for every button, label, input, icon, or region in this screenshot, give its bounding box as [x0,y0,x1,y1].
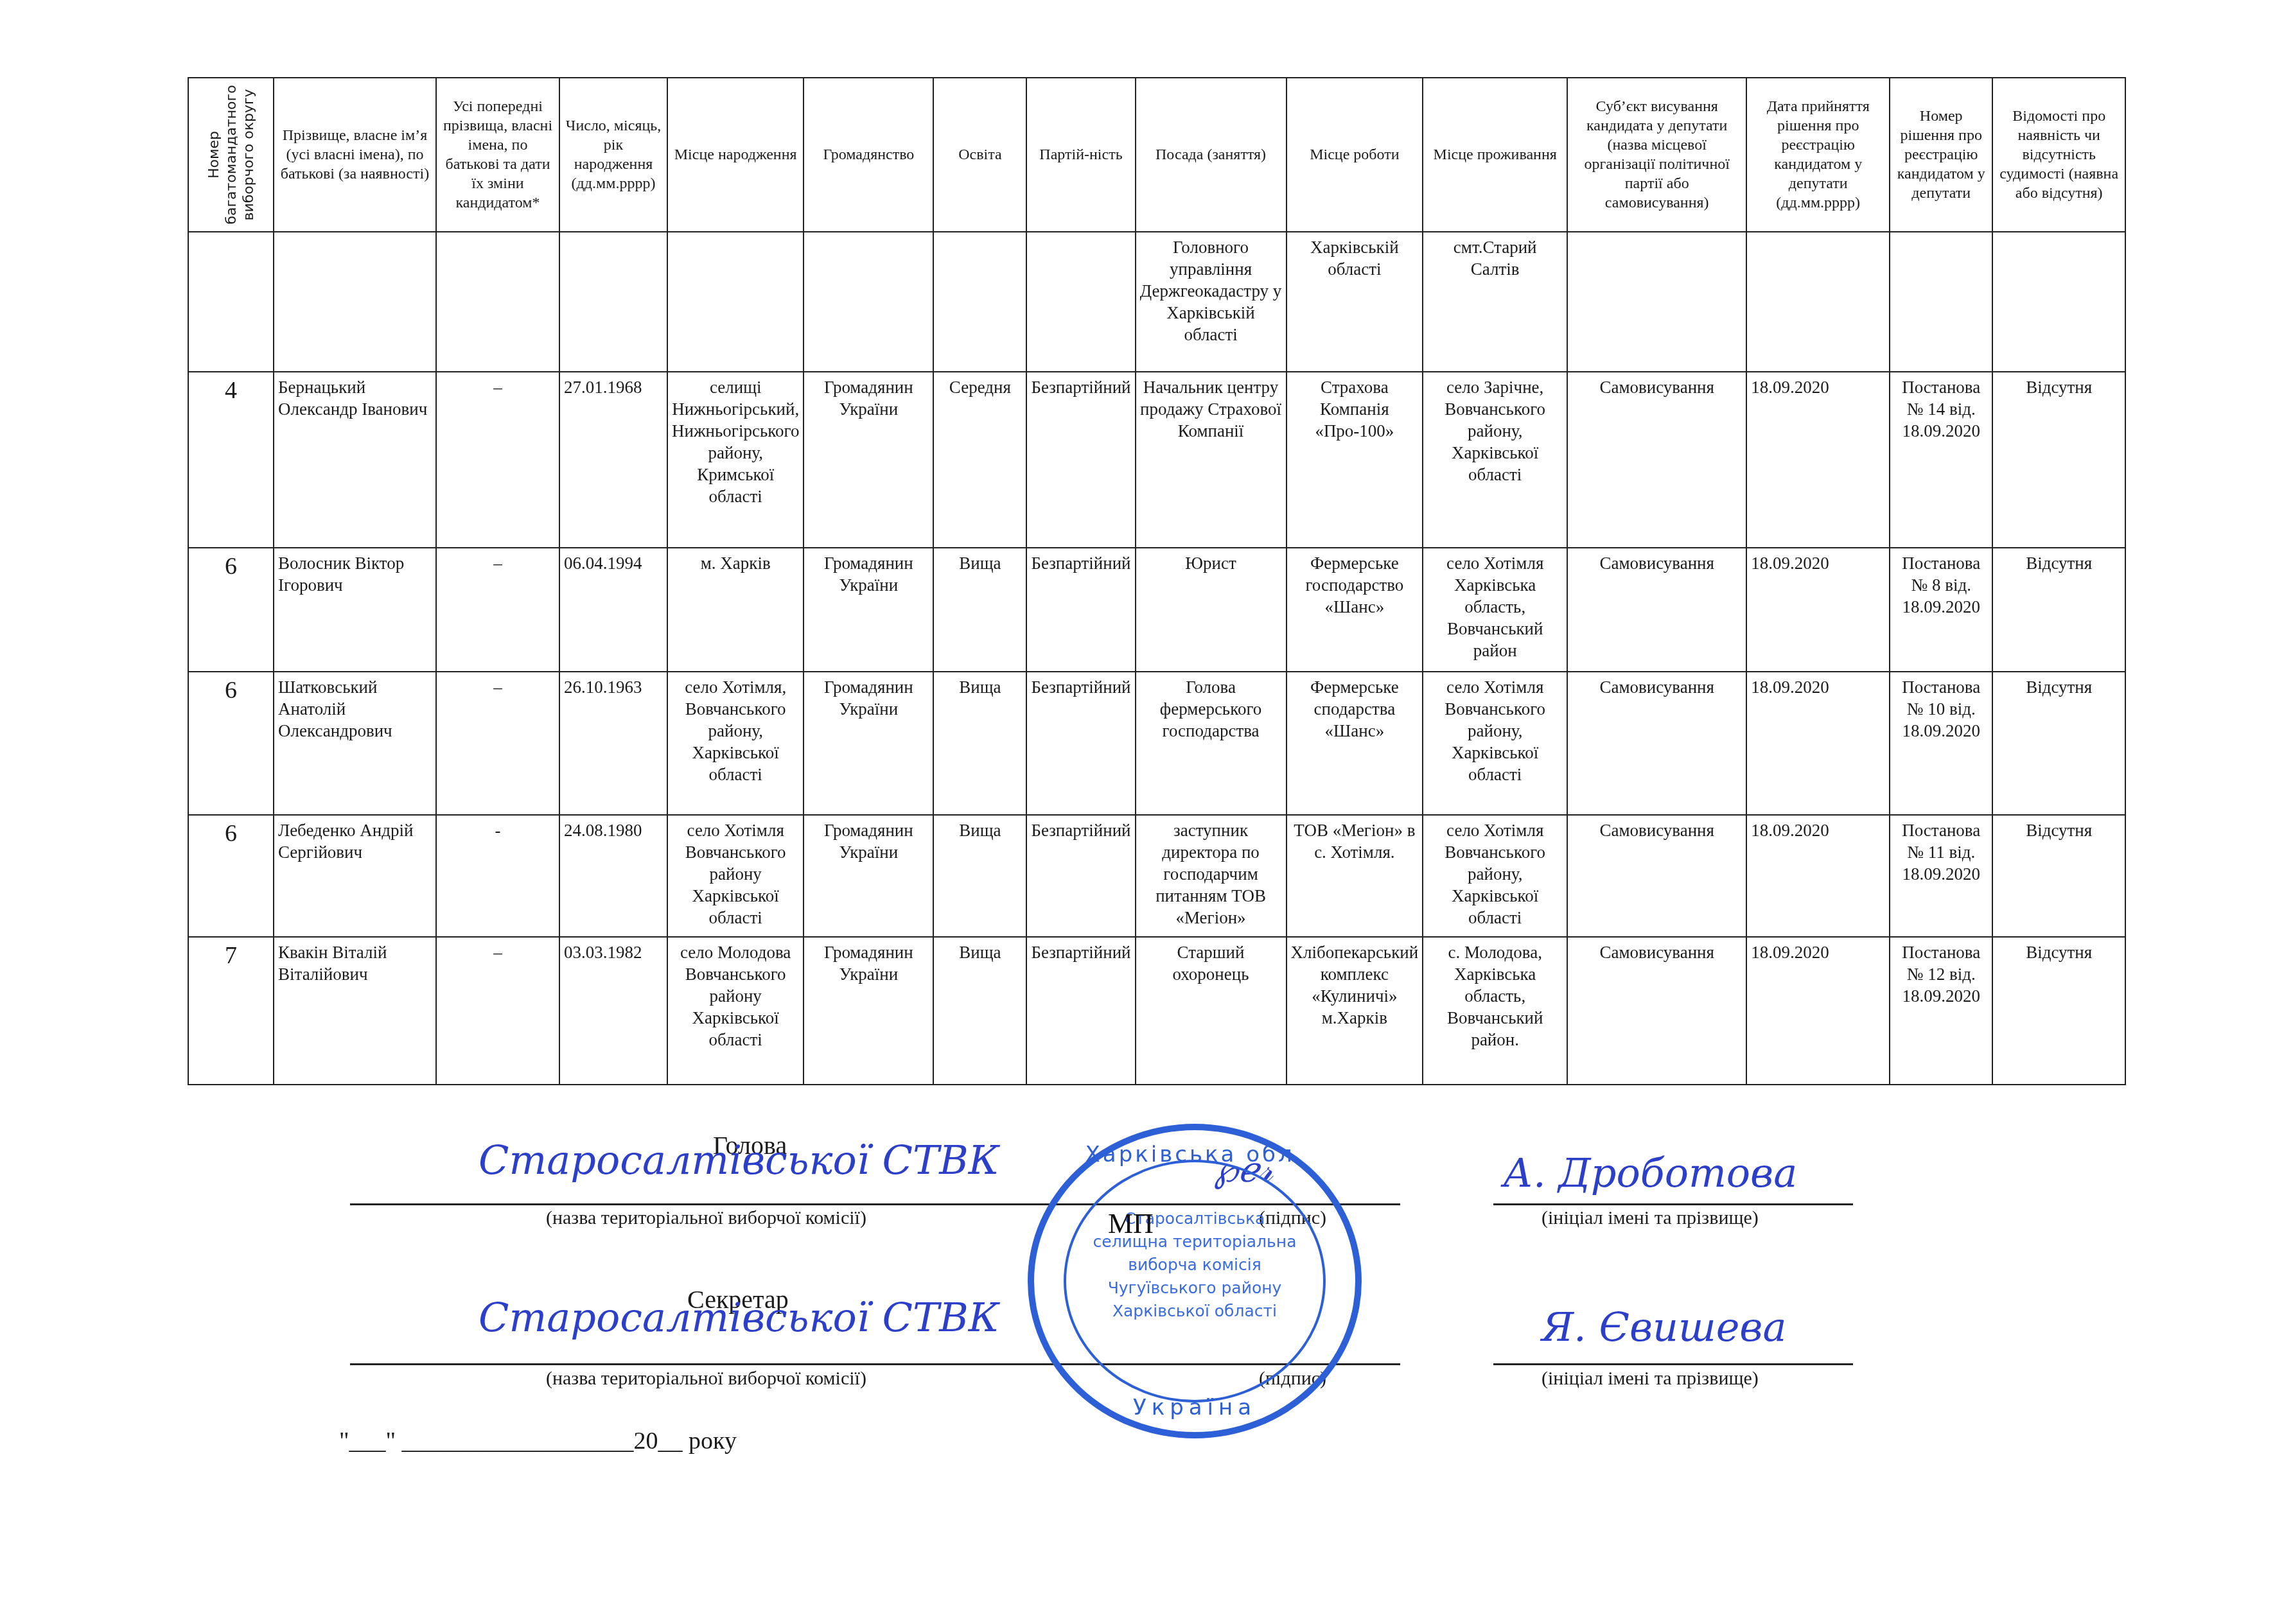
table-cell: Самовисування [1567,937,1746,1085]
table-cell: Громадянин України [804,548,933,672]
cell-district-number: 4 [188,372,274,548]
table-cell: Середня [933,372,1026,548]
table-row: 4Бернацький Олександр Іванович–27.01.196… [188,372,2125,548]
table-cell [436,232,559,372]
table-row: 6Лебеденко Андрій Сергійович-24.08.1980с… [188,815,2125,937]
table-cell: Страхова Компанія «Про-100» [1287,372,1423,548]
table-cell: – [436,548,559,672]
table-cell: село Молодова Вовчанського району Харків… [667,937,804,1085]
table-cell: Волосник Віктор Ігорович [274,548,436,672]
secretary-commission-caption: (назва територіальної виборчої комісії) [546,1368,866,1390]
table-cell: Безпартійний [1026,815,1135,937]
table-cell: Бернацький Олександр Іванович [274,372,436,548]
cell-district-number: 7 [188,937,274,1085]
table-cell: Юрист [1136,548,1287,672]
table-cell: Безпартійний [1026,937,1135,1085]
table-cell: Начальник центру продажу Страхової Компа… [1136,372,1287,548]
table-cell: Громадянин України [804,672,933,815]
cell-district-number: 6 [188,672,274,815]
table-cell: Самовисування [1567,548,1746,672]
table-cell: Квакін Віталій Віталійович [274,937,436,1085]
table-cell: 18.09.2020 [1746,372,1890,548]
table-cell [667,232,804,372]
table-cell: с. Молодова, Харківська область, Вовчанс… [1423,937,1567,1085]
header-registration-date: Дата прийняття рішення про реєстрацію ка… [1746,78,1890,232]
header-education: Освіта [933,78,1026,232]
table-cell: Відсутня [1992,937,2125,1085]
stamp-ring-bottom-text: Україна [1034,1395,1355,1420]
table-cell: Постанова № 10 від. 18.09.2020 [1890,672,1992,815]
table-cell: Вища [933,815,1026,937]
stamp-ring-top-text: Харківська обл. [1034,1142,1355,1167]
chair-name-line [1493,1203,1853,1205]
table-cell [1890,232,1992,372]
table-cell: село Зарічне, Вовчанського району, Харкі… [1423,372,1567,548]
table-cell: 24.08.1980 [559,815,667,937]
stamp-line: виборча комісія [1073,1253,1317,1277]
chair-name-handwritten: А. Дроботова [1503,1149,1797,1196]
table-cell: Старший охоронець [1136,937,1287,1085]
chair-commission-caption: (назва територіальної виборчої комісії) [546,1207,866,1229]
chair-name-caption: (ініціал імені та прізвище) [1542,1207,1759,1229]
table-cell: Громадянин України [804,815,933,937]
table-cell: – [436,937,559,1085]
chair-commission-handwritten: Старосалтівської СТВК [479,1137,999,1183]
header-birth-date: Число, місяць, рік народження (дд.мм.ррр… [559,78,667,232]
seal-place-label: МП [1108,1207,1154,1240]
header-full-name: Прізвище, власне ім’я (усі власні імена)… [274,78,436,232]
table-cell: 06.04.1994 [559,548,667,672]
header-birth-place: Місце народження [667,78,804,232]
table-cell: Відсутня [1992,672,2125,815]
table-cell: Постанова № 12 від. 18.09.2020 [1890,937,1992,1085]
table-cell: 03.03.1982 [559,937,667,1085]
table-cell [559,232,667,372]
cell-district-number [188,232,274,372]
table-cell: 18.09.2020 [1746,815,1890,937]
table-cell: Вища [933,937,1026,1085]
table-cell: селищі Нижньогірський, Нижньогірського р… [667,372,804,548]
table-cell: Громадянин України [804,937,933,1085]
table-cell [933,232,1026,372]
table-cell: село Хотімля Вовчанського району Харківс… [667,815,804,937]
table-cell: Вища [933,672,1026,815]
table-cell: село Хотімля Вовчанського району, Харків… [1423,672,1567,815]
header-criminal-record: Відомості про наявність чи відсутність с… [1992,78,2125,232]
table-cell: село Хотімля, Вовчанського району, Харкі… [667,672,804,815]
table-cell: Лебеденко Андрій Сергійович [274,815,436,937]
table-cell: Голова фермерського господарства [1136,672,1287,815]
cell-district-number: 6 [188,815,274,937]
table-cell: 18.09.2020 [1746,937,1890,1085]
table-cell: Постанова № 11 від. 18.09.2020 [1890,815,1992,937]
table-cell: заступник директора по господарчим питан… [1136,815,1287,937]
table-cell: ТОВ «Мегіон» в с. Хотімля. [1287,815,1423,937]
table-cell: Хлібопекарський комплекс «Кулиничі» м.Ха… [1287,937,1423,1085]
secretary-commission-handwritten: Старосалтівської СТВК [479,1294,999,1341]
header-citizenship: Громадянство [804,78,933,232]
table-row: 7Квакін Віталій Віталійович–03.03.1982се… [188,937,2125,1085]
table-cell: Вища [933,548,1026,672]
table-cell [804,232,933,372]
table-cell: Відсутня [1992,548,2125,672]
table-cell: Відсутня [1992,372,2125,548]
table-cell: Відсутня [1992,815,2125,937]
table-cell: м. Харків [667,548,804,672]
table-cell: село Хотімля Харківська область, Вовчанс… [1423,548,1567,672]
table-cell: – [436,372,559,548]
table-row: 6Волосник Віктор Ігорович–06.04.1994м. Х… [188,548,2125,672]
table-cell: Безпартійний [1026,548,1135,672]
table-cell: Безпартійний [1026,672,1135,815]
secretary-name-line [1493,1363,1853,1365]
table-cell: Самовисування [1567,815,1746,937]
date-line: "___" ___________________20__ року [339,1427,737,1455]
table-row: Головного управління Держгеокадастру у Х… [188,232,2125,372]
table-cell: Фермерське сподарства «Шанс» [1287,672,1423,815]
table-cell [1746,232,1890,372]
table-row: 6Шатковський Анатолій Олександрович–26.1… [188,672,2125,815]
cell-district-number: 6 [188,548,274,672]
header-previous-names: Усі попередні прізвища, власні імена, по… [436,78,559,232]
table-cell: - [436,815,559,937]
table-cell: Постанова № 14 від. 18.09.2020 [1890,372,1992,548]
stamp-line: Харківської області [1073,1300,1317,1323]
table-cell [1992,232,2125,372]
header-nominator: Суб’єкт висування кандидата у депутати (… [1567,78,1746,232]
table-cell: Самовисування [1567,672,1746,815]
table-cell: Постанова № 8 від. 18.09.2020 [1890,548,1992,672]
header-party: Партій-ність [1026,78,1135,232]
header-residence: Місце проживання [1423,78,1567,232]
table-cell: Фермерське господарство «Шанс» [1287,548,1423,672]
table-cell: Громадянин України [804,372,933,548]
table-cell [274,232,436,372]
table-cell: Головного управління Держгеокадастру у Х… [1136,232,1287,372]
table-header-row: Номер багатомандатного виборчого округу … [188,78,2125,232]
table-cell: Харківській області [1287,232,1423,372]
table-cell: 18.09.2020 [1746,672,1890,815]
table-cell: Самовисування [1567,372,1746,548]
table-cell: – [436,672,559,815]
secretary-name-handwritten: Я. Євишева [1542,1304,1786,1350]
table-cell: 18.09.2020 [1746,548,1890,672]
table-cell: смт.Старий Салтів [1423,232,1567,372]
candidates-table: Номер багатомандатного виборчого округу … [188,77,2126,1085]
table-cell [1026,232,1135,372]
header-workplace: Місце роботи [1287,78,1423,232]
table-cell [1567,232,1746,372]
table-cell: 26.10.1963 [559,672,667,815]
table-cell: село Хотімля Вовчанського району, Харків… [1423,815,1567,937]
table-cell: Шатковський Анатолій Олександрович [274,672,436,815]
header-position: Посада (заняття) [1136,78,1287,232]
official-stamp: Харківська обл. Старосалтівська селищна … [1028,1124,1362,1438]
header-decision-number: Номер рішення про реєстрацію кандидатом … [1890,78,1992,232]
header-district-number: Номер багатомандатного виборчого округу [188,78,274,232]
table-cell: Безпартійний [1026,372,1135,548]
table-cell: 27.01.1968 [559,372,667,548]
stamp-line: Чугуївського району [1073,1277,1317,1300]
secretary-name-caption: (ініціал імені та прізвище) [1542,1368,1759,1390]
